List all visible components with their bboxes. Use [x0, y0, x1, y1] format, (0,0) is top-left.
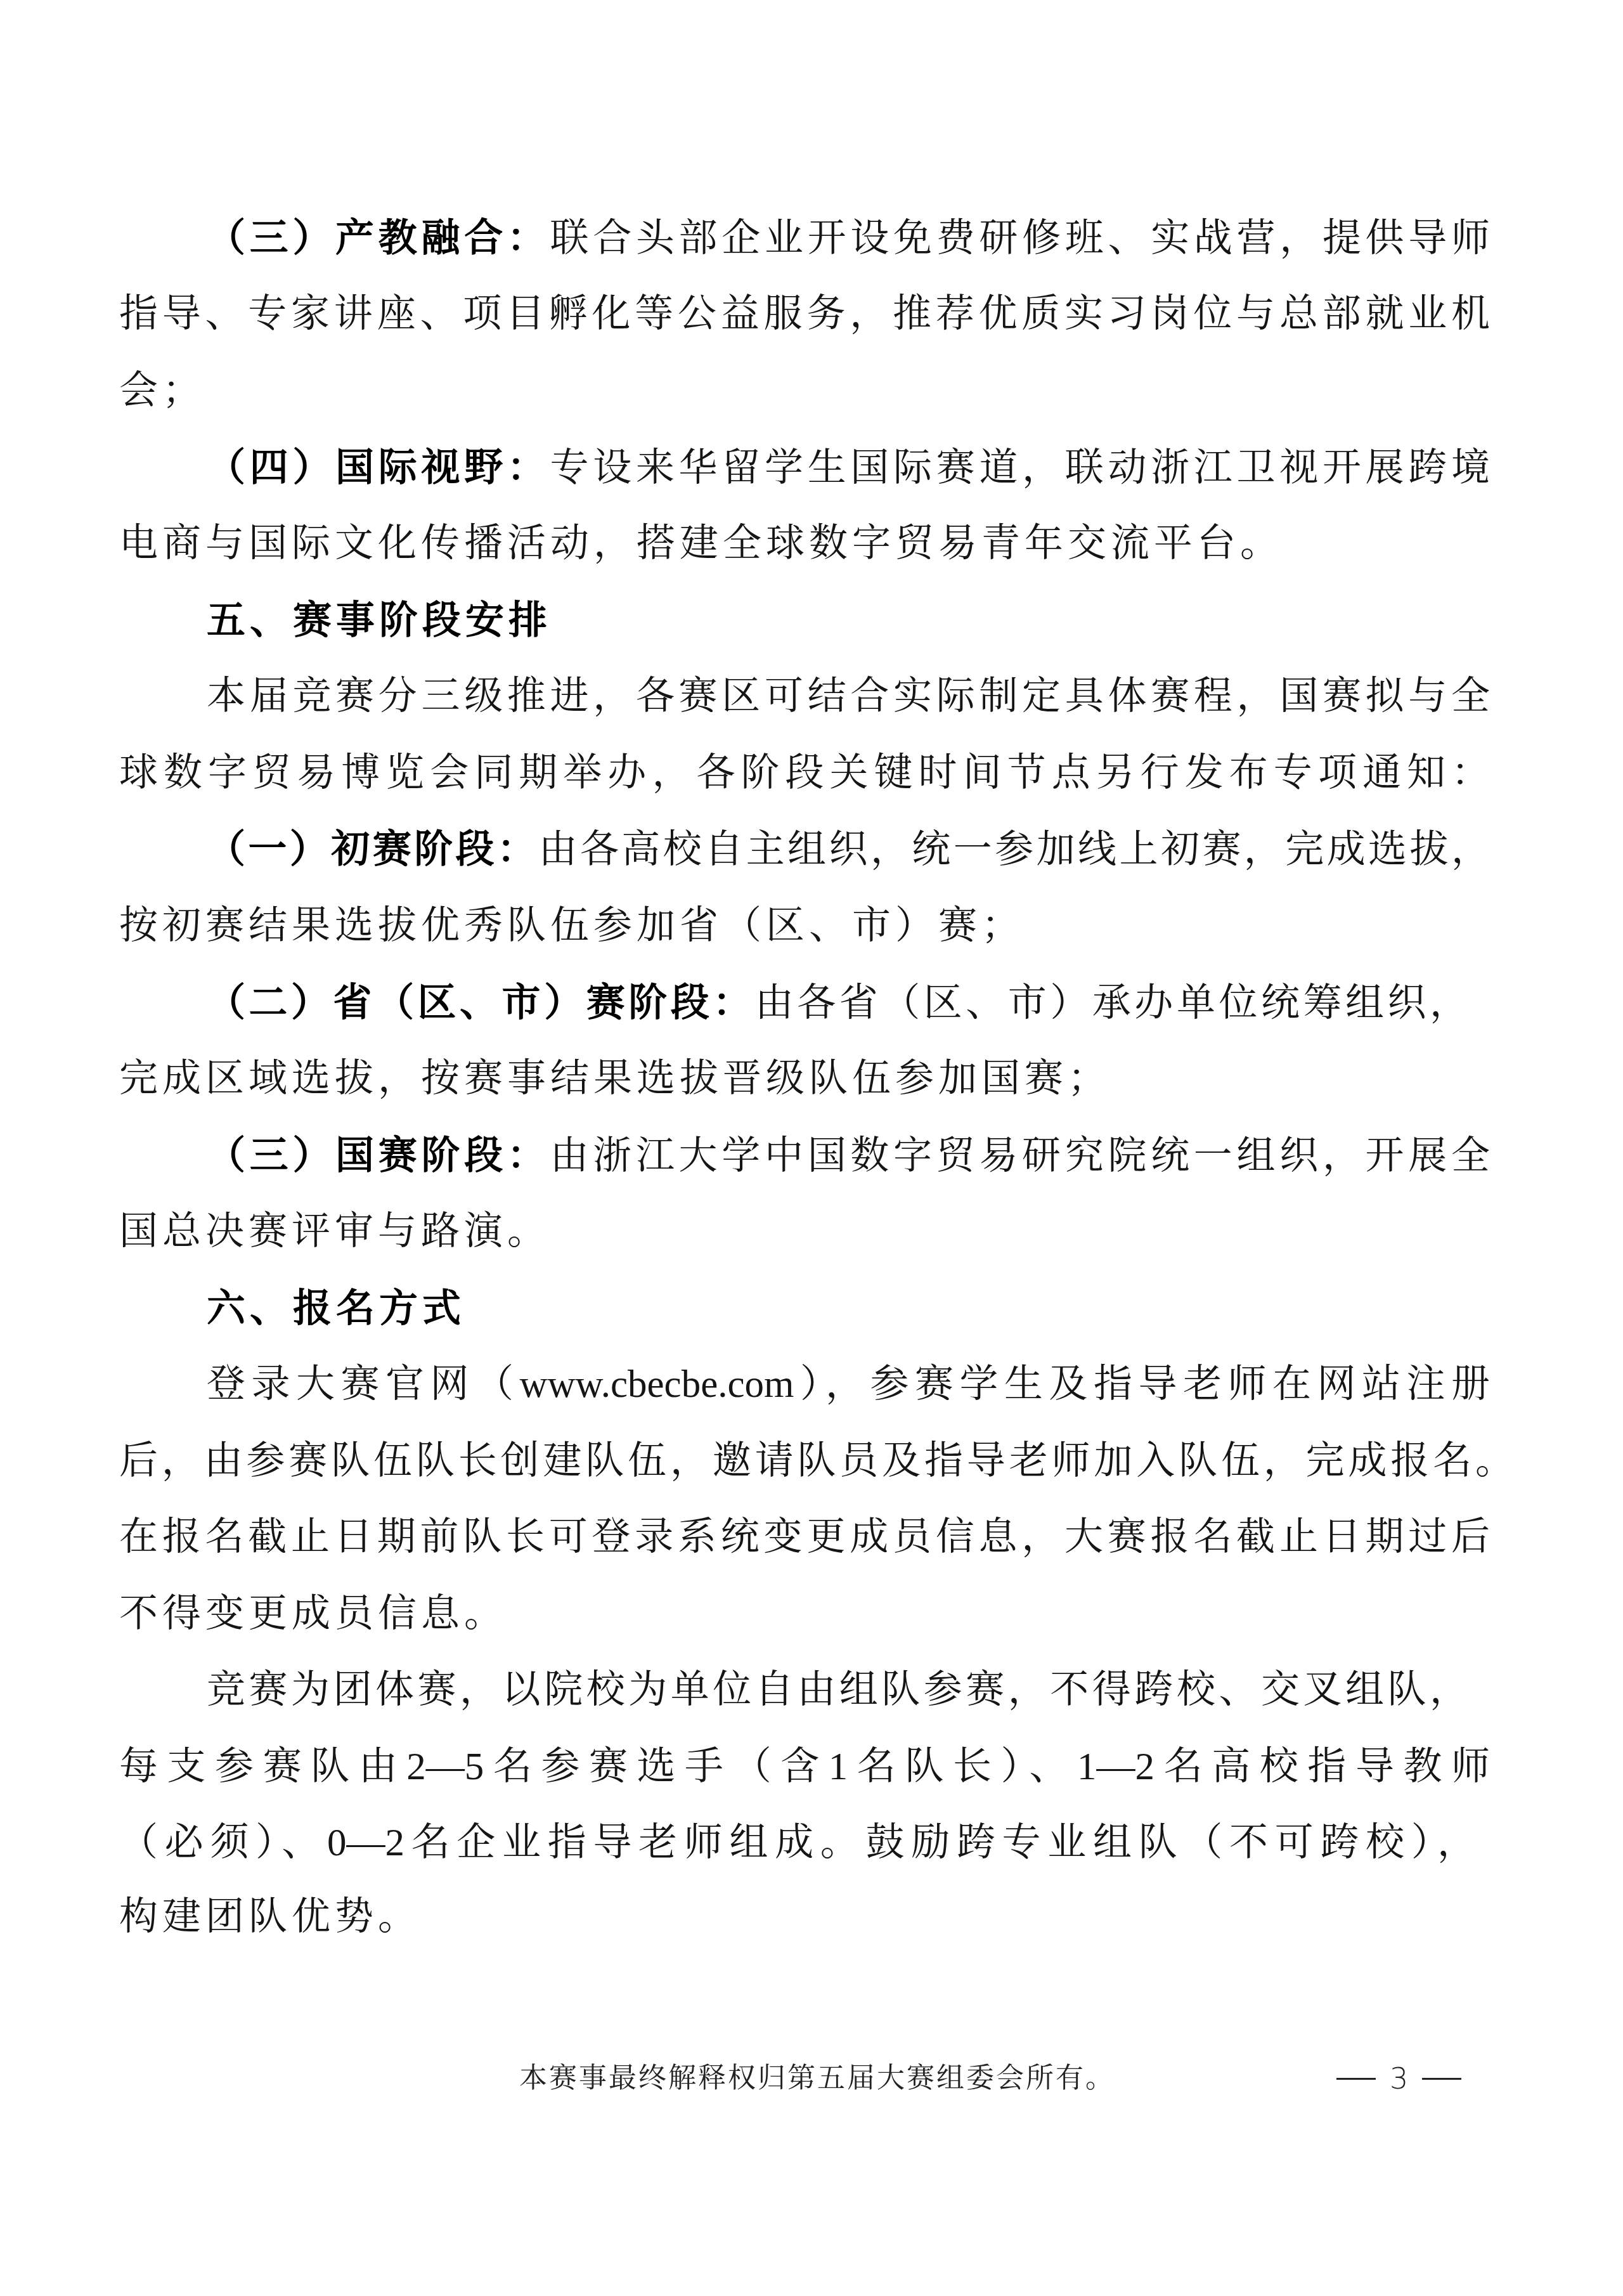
paragraph-registration-line-2: 后，由参赛队伍队长创建队伍，邀请队员及指导老师加入队伍，完成报名。	[119, 1424, 1514, 1500]
paragraph-industry-education-line-2: 指导、专家讲座、项目孵化等公益服务，推荐优质实习岗位与总部就业机	[119, 276, 1490, 353]
paragraph-national-line-1: （三）国赛阶段：由浙江大学中国数字贸易研究院统一组织，开展全	[207, 1118, 1490, 1194]
paragraph-text: 联合头部企业开设免费研修班、实战营，提供导师	[550, 217, 1490, 260]
paragraph-text: 由各高校自主组织，统一参加线上初赛，完成选拔，	[538, 829, 1490, 871]
paragraph-preliminary-line-1: （一）初赛阶段：由各高校自主组织，统一参加线上初赛，完成选拔，	[207, 812, 1490, 888]
paragraph-team-line-3: （必须）、0—2名企业指导老师组成。鼓励跨专业组队（不可跨校），	[119, 1805, 1476, 1881]
paragraph-text: 由各省（区、市）承办单位统筹组织，	[755, 982, 1468, 1025]
paragraph-text: 由浙江大学中国数字贸易研究院统一组织，开展全	[550, 1135, 1490, 1177]
item-lead-provincial: （二）省（区、市）赛阶段：	[207, 980, 755, 1025]
paragraph-registration-line-3: 在报名截止日期前队长可登录系统变更成员信息，大赛报名截止日期过后	[119, 1500, 1490, 1576]
item-lead-national: （三）国赛阶段：	[207, 1133, 550, 1178]
paragraph-national-line-2: 国总决赛评审与路演。	[119, 1194, 1490, 1270]
page-number-left-dash	[1336, 2078, 1376, 2080]
paragraph-industry-education-line-1: （三）产教融合：联合头部企业开设免费研修班、实战营，提供导师	[207, 200, 1490, 276]
paragraph-schedule-intro-line-1: 本届竞赛分三级推进，各赛区可结合实际制定具体赛程，国赛拟与全	[207, 659, 1490, 735]
item-lead-industry-education: （三）产教融合：	[207, 216, 550, 261]
paragraph-registration-line-1: 登录大赛官网（www.cbecbe.com），参赛学生及指导老师在网站注册	[207, 1347, 1490, 1423]
paragraph-provincial-line-1: （二）省（区、市）赛阶段：由各省（区、市）承办单位统筹组织，	[207, 965, 1468, 1041]
paragraph-team-line-2: 每支参赛队由2—5名参赛选手（含1名队长）、1—2名高校指导教师	[119, 1729, 1490, 1805]
section-heading-schedule: 五、赛事阶段安排	[207, 583, 1490, 659]
document-page: （三）产教融合：联合头部企业开设免费研修班、实战营，提供导师 指导、专家讲座、项…	[0, 0, 1623, 2296]
paragraph-industry-education-line-3: 会；	[119, 353, 1490, 429]
footer-disclaimer: 本赛事最终解释权归第五届大赛组委会所有。	[519, 2059, 1115, 2098]
paragraph-team-line-1: 竞赛为团体赛，以院校为单位自由组队参赛，不得跨校、交叉组队，	[207, 1652, 1468, 1728]
paragraph-registration-line-4: 不得变更成员信息。	[119, 1576, 1490, 1652]
paragraph-schedule-intro-line-2: 球数字贸易博览会同期举办，各阶段关键时间节点另行发布专项通知：	[119, 736, 1490, 812]
page-number-value: 3	[1390, 2059, 1408, 2098]
paragraph-international-line-2: 电商与国际文化传播活动，搭建全球数字贸易青年交流平台。	[119, 506, 1490, 582]
paragraph-team-line-4: 构建团队优势。	[119, 1879, 1490, 1955]
item-lead-international: （四）国际视野：	[207, 445, 550, 490]
paragraph-international-line-1: （四）国际视野：专设来华留学生国际赛道，联动浙江卫视开展跨境	[207, 430, 1490, 506]
paragraph-text: 专设来华留学生国际赛道，联动浙江卫视开展跨境	[550, 447, 1490, 490]
paragraph-preliminary-line-2: 按初赛结果选拔优秀队伍参加省（区、市）赛；	[119, 888, 1490, 964]
item-lead-preliminary: （一）初赛阶段：	[207, 827, 538, 872]
paragraph-provincial-line-2: 完成区域选拔，按赛事结果选拔晋级队伍参加国赛；	[119, 1041, 1490, 1117]
page-number-right-dash	[1422, 2078, 1461, 2080]
section-heading-registration: 六、报名方式	[207, 1271, 1490, 1347]
page-number: 3	[1336, 2059, 1461, 2098]
